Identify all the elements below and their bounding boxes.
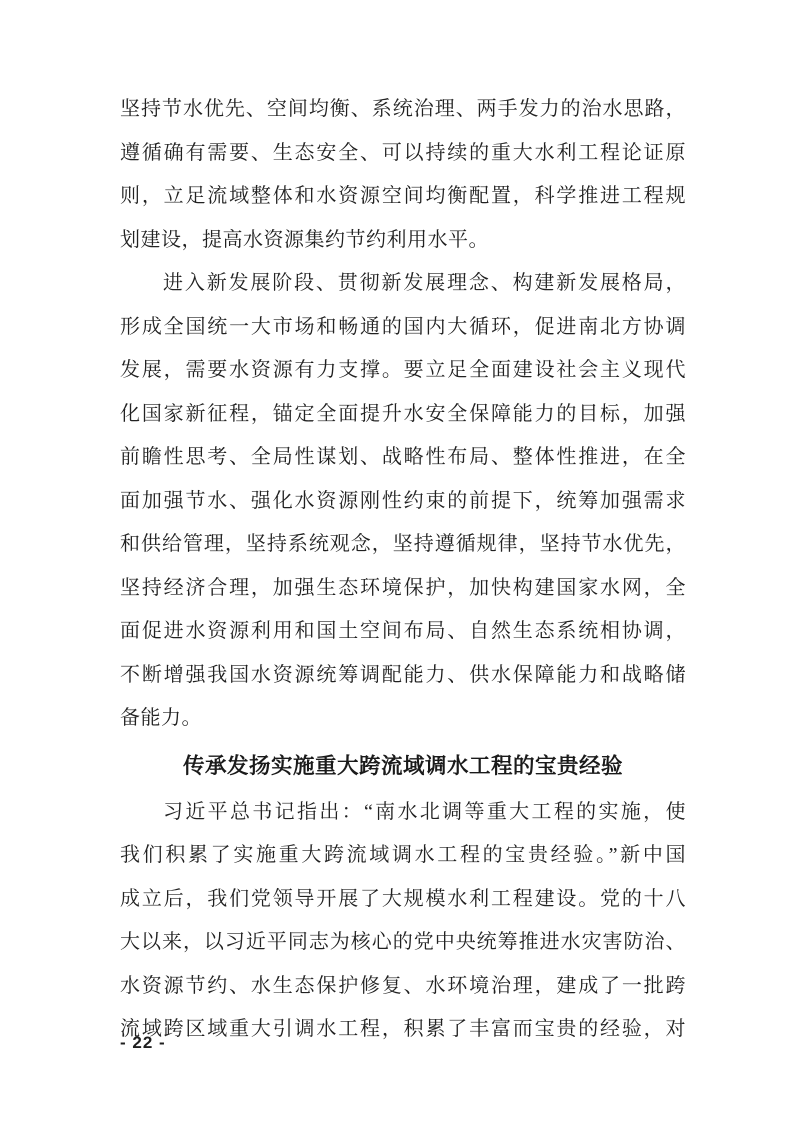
- section-heading: 传承发扬实施重大跨流域调水工程的宝贵经验: [120, 741, 686, 791]
- body-line: 划建设，提高水资源集约节约利用水平。: [120, 219, 686, 263]
- body-line: 面促进水资源利用和国土空间布局、自然生态系统相协调，: [120, 610, 686, 654]
- body-line: 流域跨区域重大引调水工程，积累了丰富而宝贵的经验，对: [120, 1008, 686, 1052]
- body-line: 习近平总书记指出：“南水北调等重大工程的实施，使: [120, 791, 686, 835]
- body-line: 则，立足流域整体和水资源空间均衡配置，科学推进工程规: [120, 175, 686, 219]
- body-line: 我们积累了实施重大跨流域调水工程的宝贵经验。”新中国: [120, 834, 686, 878]
- body-line: 面加强节水、强化水资源刚性约束的前提下，统筹加强需求: [120, 480, 686, 524]
- body-line: 坚持经济合理，加强生态环境保护，加快构建国家水网，全: [120, 567, 686, 611]
- body-line: 形成全国统一大市场和畅通的国内大循环，促进南北方协调: [120, 306, 686, 350]
- body-line: 进入新发展阶段、贯彻新发展理念、构建新发展格局，: [120, 262, 686, 306]
- page-number: - 22 -: [120, 1033, 166, 1053]
- body-line: 遵循确有需要、生态安全、可以持续的重大水利工程论证原: [120, 132, 686, 176]
- body-line: 坚持节水优先、空间均衡、系统治理、两手发力的治水思路，: [120, 88, 686, 132]
- body-line: 不断增强我国水资源统筹调配能力、供水保障能力和战略储: [120, 654, 686, 698]
- body-line: 发展，需要水资源有力支撑。要立足全面建设社会主义现代: [120, 349, 686, 393]
- body-line: 成立后，我们党领导开展了大规模水利工程建设。党的十八: [120, 878, 686, 922]
- document-page: 坚持节水优先、空间均衡、系统治理、两手发力的治水思路， 遵循确有需要、生态安全、…: [0, 0, 800, 1131]
- body-line: 化国家新征程，锚定全面提升水安全保障能力的目标，加强: [120, 393, 686, 437]
- text-block: 坚持节水优先、空间均衡、系统治理、两手发力的治水思路， 遵循确有需要、生态安全、…: [120, 88, 686, 1052]
- body-line: 水资源节约、水生态保护修复、水环境治理，建成了一批跨: [120, 965, 686, 1009]
- body-line: 大以来，以习近平同志为核心的党中央统筹推进水灾害防治、: [120, 921, 686, 965]
- body-line: 和供给管理，坚持系统观念，坚持遵循规律，坚持节水优先，: [120, 523, 686, 567]
- body-line: 前瞻性思考、全局性谋划、战略性布局、整体性推进，在全: [120, 436, 686, 480]
- body-line: 备能力。: [120, 697, 686, 741]
